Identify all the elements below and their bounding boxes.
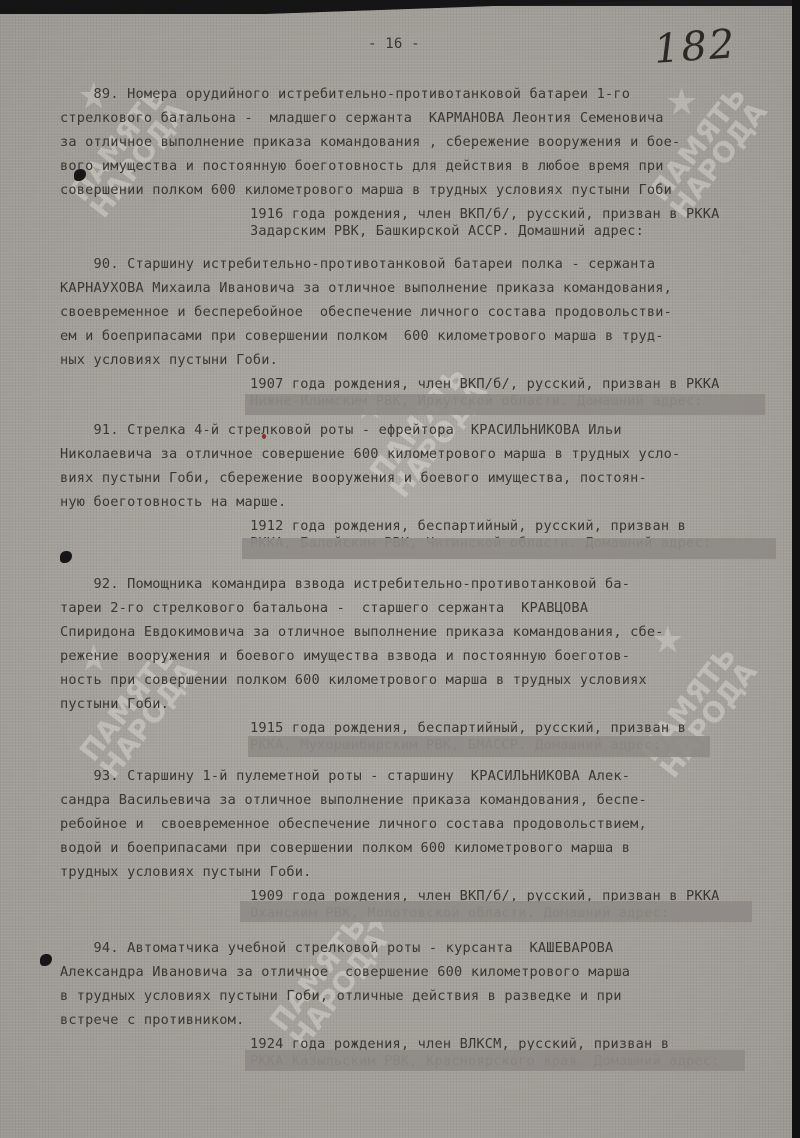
entry-text: 90. Старшину истребительно-противотанков… (60, 252, 775, 372)
document-page: - 16 - 182 ★ ПАМЯТЬ НАРОДА ★ ПАМЯТЬ НАРО… (0, 6, 793, 1138)
entry-bio: 1916 года рождения, член ВКП/б/, русский… (250, 206, 775, 240)
entry-text: 92. Помощника командира взвода истребите… (60, 572, 775, 716)
entry-text: 94. Автоматчика учебной стрелковой роты … (60, 936, 775, 1032)
entry-text: 89. Номера орудийного истребительно-прот… (60, 82, 775, 202)
archive-sheet-number: 182 (652, 21, 737, 73)
redacted-address (245, 394, 765, 415)
entry-text: 93. Старшину 1-й пулеметной роты - старш… (60, 764, 775, 884)
redacted-address (242, 538, 776, 559)
page-number: - 16 - (368, 36, 420, 52)
punch-hole (40, 954, 52, 966)
redacted-address (248, 736, 710, 757)
scan-border-right (792, 0, 800, 1138)
redacted-address (240, 901, 752, 922)
entry-text: 91. Стрелка 4-й стрелковой роты - ефрейт… (60, 418, 775, 514)
scan-border-top (0, 0, 800, 14)
award-entry-89: 89. Номера орудийного истребительно-прот… (60, 82, 775, 254)
redacted-address (245, 1050, 745, 1071)
